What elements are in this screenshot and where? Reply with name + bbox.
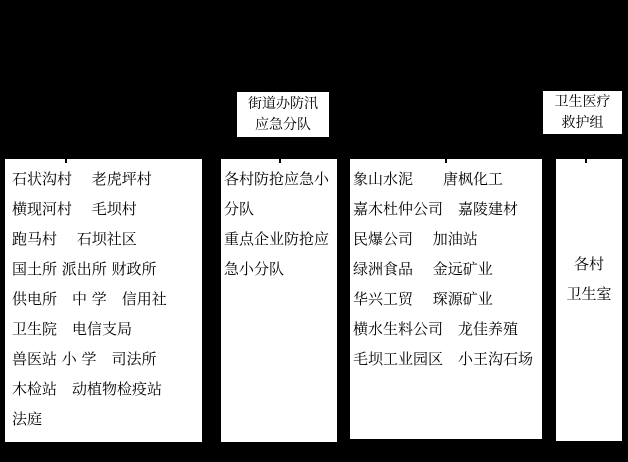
- connector-stub: [445, 158, 447, 163]
- org-unit-line: 石状沟村 老虎坪村: [12, 164, 200, 194]
- connector-stub: [279, 158, 281, 163]
- villages-offices-box: 石状沟村 老虎坪村 横现河村 毛坝村 跑马村 石坝社区 国土所 派出所 财政所 …: [4, 158, 203, 443]
- rescue-teams-box: 各村防抢应急小 分队 重点企业防抢应 急小分队: [220, 158, 338, 443]
- village-clinics-box: 各村 卫生室: [555, 158, 623, 442]
- org-unit-line: 重点企业防抢应: [224, 224, 336, 254]
- box-text-line: 救护组: [562, 113, 604, 134]
- connector-stub: [65, 158, 67, 163]
- org-unit-line: 国土所 派出所 财政所: [12, 254, 200, 284]
- box-text-line: 应急分队: [255, 115, 311, 136]
- org-unit-line: 急小分队: [224, 254, 336, 284]
- org-unit-line: 嘉木杜仲公司 嘉陵建材: [353, 194, 541, 224]
- org-unit-line: 横水生料公司 龙佳养殖: [353, 314, 541, 344]
- box-text-line: 街道办防汛: [248, 94, 318, 115]
- org-unit-line: 供电所 中 学 信用社: [12, 284, 200, 314]
- org-unit-line: 毛坝工业园区 小王沟石场: [353, 344, 541, 374]
- org-unit-line: 法庭: [12, 404, 200, 434]
- org-unit-line: 民爆公司 加油站: [353, 224, 541, 254]
- org-unit-line: 华兴工贸 琛源矿业: [353, 284, 541, 314]
- org-unit-line: 绿洲食品 金远矿业: [353, 254, 541, 284]
- medical-rescue-group-box: 卫生医疗 救护组: [542, 90, 623, 135]
- org-unit-line: 横现河村 毛坝村: [12, 194, 200, 224]
- org-unit-line: 兽医站 小 学 司法所: [12, 344, 200, 374]
- org-unit-line: 各村防抢应急小: [224, 164, 336, 194]
- org-unit-line: 木检站 动植物检疫站: [12, 374, 200, 404]
- org-unit-line: 分队: [224, 194, 336, 224]
- enterprises-box: 象山水泥 唐枫化工 嘉木杜仲公司 嘉陵建材 民爆公司 加油站 绿洲食品 金远矿业…: [349, 158, 543, 440]
- connector-stub: [585, 158, 587, 163]
- org-unit-line: 象山水泥 唐枫化工: [353, 164, 541, 194]
- org-unit-line: 卫生院 电信支局: [12, 314, 200, 344]
- street-flood-emergency-team-box: 街道办防汛 应急分队: [236, 91, 330, 138]
- box-text-line: 卫生医疗: [555, 92, 611, 113]
- org-unit-line: 跑马村 石坝社区: [12, 224, 200, 254]
- org-chart-canvas: 街道办防汛 应急分队 卫生医疗 救护组 石状沟村 老虎坪村 横现河村 毛坝村 跑…: [0, 0, 628, 462]
- org-unit-line: 各村: [556, 249, 622, 279]
- org-unit-line: 卫生室: [556, 279, 622, 309]
